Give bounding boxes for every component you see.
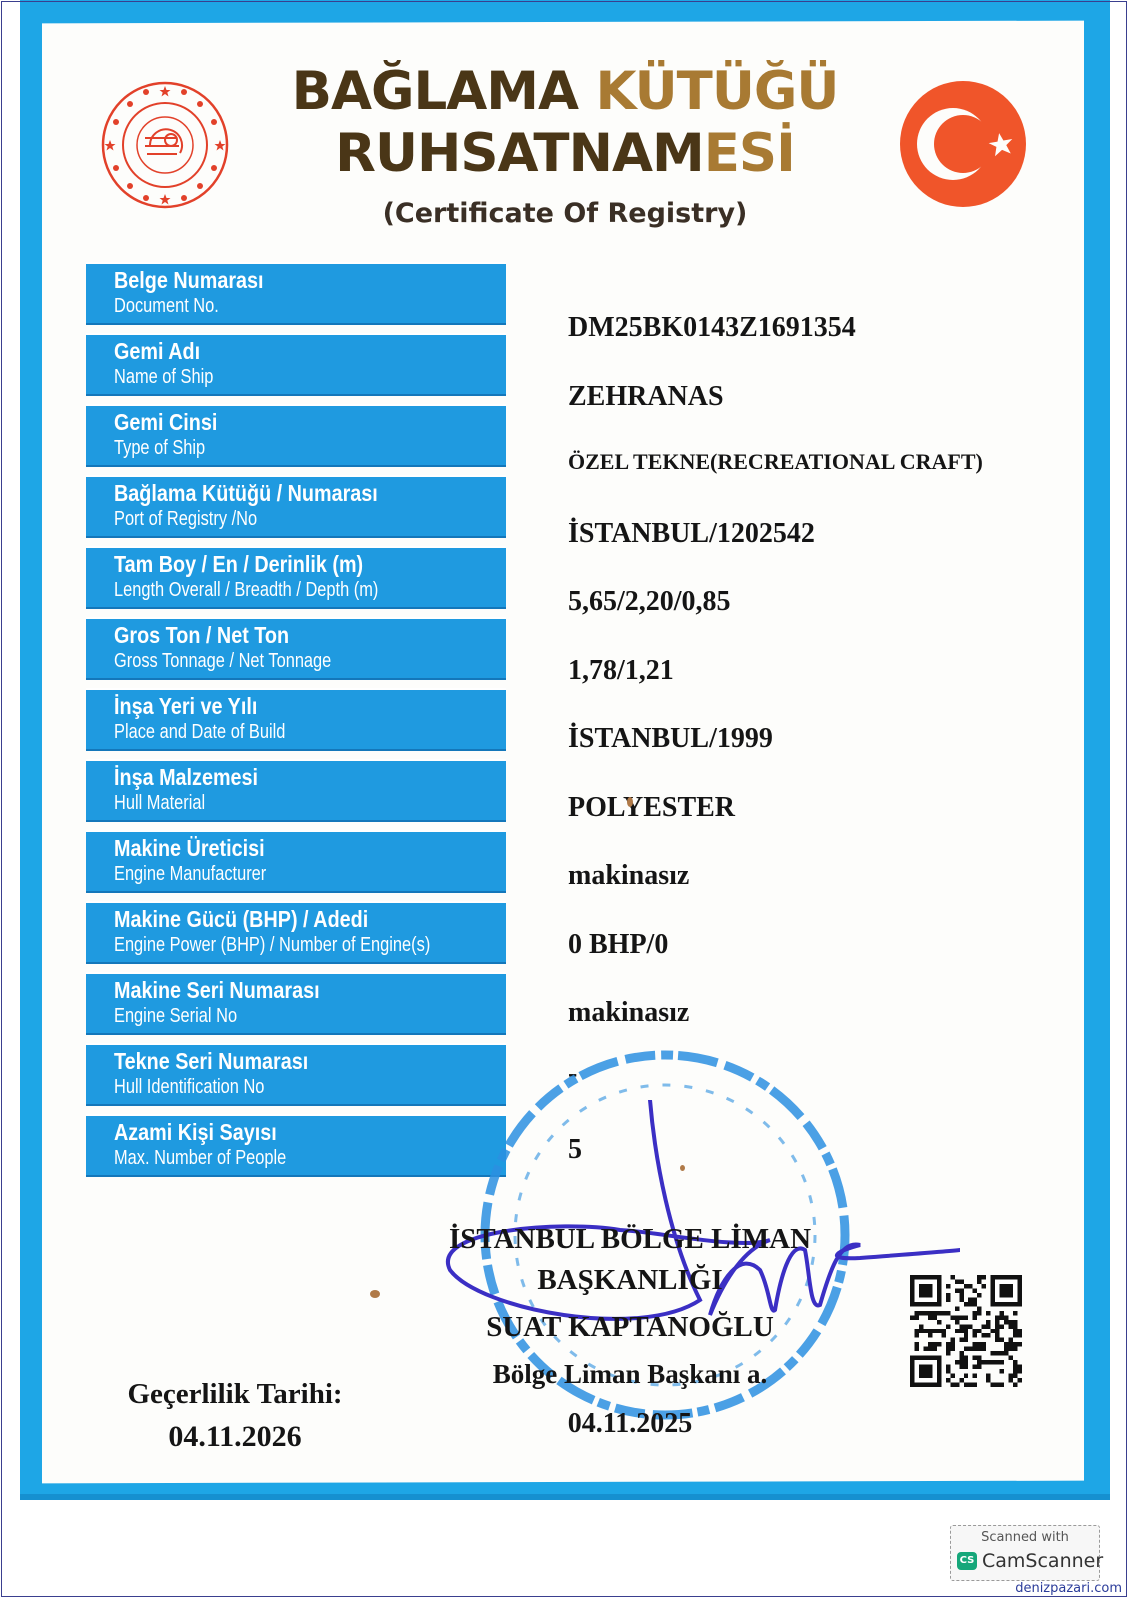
field-label-en: Port of Registry /No [114, 507, 435, 531]
scanned-with-label: Scanned with [951, 1530, 1099, 1545]
field-label-row: Belge NumarasıDocument No. [86, 262, 506, 325]
field-label-tr: Gemi Cinsi [114, 408, 451, 436]
document-subtitle: (Certificate Of Registry) [240, 198, 890, 229]
field-label-tr: Makine Üreticisi [114, 834, 451, 862]
field-value: İSTANBUL/1202542 [568, 518, 815, 550]
issue-date: 04.11.2025 [420, 1408, 840, 1440]
field-label-row: Azami Kişi SayısıMax. Number of People [86, 1114, 506, 1177]
field-value: 0 BHP/0 [568, 929, 668, 961]
field-value: makinasız [568, 997, 689, 1029]
camscanner-badge: Scanned with CS CamScanner [950, 1525, 1100, 1581]
field-value: İSTANBUL/1999 [568, 723, 773, 755]
field-label-row: Makine Gücü (BHP) / AdediEngine Power (B… [86, 901, 506, 964]
field-label-en: Length Overall / Breadth / Depth (m) [114, 578, 435, 602]
field-label-en: Engine Serial No [114, 1004, 435, 1028]
field-label-row: Gros Ton / Net TonGross Tonnage / Net To… [86, 617, 506, 680]
site-watermark: denizpazari.com [1015, 1581, 1122, 1596]
title-word-baglama: BAĞLAMA [292, 61, 578, 122]
field-label-tr: Makine Seri Numarası [114, 976, 451, 1004]
field-label-row: Makine Seri NumarasıEngine Serial No [86, 972, 506, 1035]
field-label-row: İnşa Yeri ve YılıPlace and Date of Build [86, 688, 506, 751]
field-value: makinasız [568, 860, 689, 892]
field-label-tr: Makine Gücü (BHP) / Adedi [114, 905, 451, 933]
field-label-tr: Tekne Seri Numarası [114, 1047, 451, 1075]
field-label-en: Name of Ship [114, 365, 435, 389]
field-label-row: Makine ÜreticisiEngine Manufacturer [86, 830, 506, 893]
field-label-row: Tam Boy / En / Derinlik (m)Length Overal… [86, 546, 506, 609]
field-label-en: Hull Material [114, 791, 435, 815]
field-label-en: Type of Ship [114, 436, 435, 460]
field-label-row: İnşa MalzemesiHull Material [86, 759, 506, 822]
field-label-tr: Bağlama Kütüğü / Numarası [114, 479, 451, 507]
field-label-tr: Gemi Adı [114, 337, 451, 365]
validity-label: Geçerlilik Tarihi: [95, 1376, 375, 1412]
qr-code[interactable] [910, 1275, 1022, 1387]
field-label-tr: Belge Numarası [114, 266, 451, 294]
paper-stain [680, 1165, 685, 1171]
camscanner-logo-icon: CS [957, 1552, 977, 1570]
camscanner-brand: CamScanner [982, 1550, 1103, 1572]
field-label-row: Bağlama Kütüğü / NumarasıPort of Registr… [86, 475, 506, 538]
field-label-tr: Azami Kişi Sayısı [114, 1118, 451, 1146]
field-label-row: Tekne Seri NumarasıHull Identification N… [86, 1043, 506, 1106]
signatory-name: SUAT KAPTANOĞLU [420, 1311, 840, 1344]
field-label-en: Hull Identification No [114, 1075, 435, 1099]
document-title: BAĞLAMA KÜTÜĞÜ RUHSATNAMESİ [240, 62, 890, 186]
field-label-row: Gemi CinsiType of Ship [86, 404, 506, 467]
field-value: POLYESTER [568, 792, 735, 824]
field-label-en: Place and Date of Build [114, 720, 435, 744]
signatory-role: Bölge Liman Başkanı a. [420, 1359, 840, 1390]
field-label-en: Document No. [114, 294, 435, 318]
field-value: 1,78/1,21 [568, 655, 674, 687]
field-labels: Belge NumarasıDocument No.Gemi AdıName o… [86, 262, 506, 1185]
authority-line-1: İSTANBUL BÖLGE LİMAN [420, 1223, 840, 1256]
title-word-ruhsat-end: ESİ [704, 123, 795, 184]
field-label-tr: Tam Boy / En / Derinlik (m) [114, 550, 451, 578]
authority-line-2: BAŞKANLIĞI [420, 1264, 840, 1297]
title-word-ruhsat: RUHSATNAM [335, 123, 704, 184]
turkish-flag-icon [898, 77, 1028, 211]
ministry-seal-icon [100, 80, 230, 210]
field-value: 5,65/2,20/0,85 [568, 586, 731, 618]
field-value: DM25BK0143Z1691354 [568, 312, 856, 344]
field-value: ZEHRANAS [568, 381, 724, 413]
field-label-en: Gross Tonnage / Net Tonnage [114, 649, 435, 673]
validity-date: 04.11.2026 [95, 1418, 375, 1456]
field-label-en: Engine Power (BHP) / Number of Engine(s) [114, 933, 435, 957]
title-word-kutugu: KÜTÜĞÜ [596, 61, 839, 122]
field-label-tr: İnşa Yeri ve Yılı [114, 692, 451, 720]
field-label-row: Gemi AdıName of Ship [86, 333, 506, 396]
field-label-en: Max. Number of People [114, 1146, 435, 1170]
validity-block: Geçerlilik Tarihi: 04.11.2026 [95, 1376, 375, 1456]
field-label-tr: Gros Ton / Net Ton [114, 621, 451, 649]
paper-stain [627, 797, 633, 807]
field-value: ÖZEL TEKNE(RECREATIONAL CRAFT) [568, 449, 983, 475]
field-label-en: Engine Manufacturer [114, 862, 435, 886]
field-label-tr: İnşa Malzemesi [114, 763, 451, 791]
paper-stain [370, 1290, 380, 1298]
